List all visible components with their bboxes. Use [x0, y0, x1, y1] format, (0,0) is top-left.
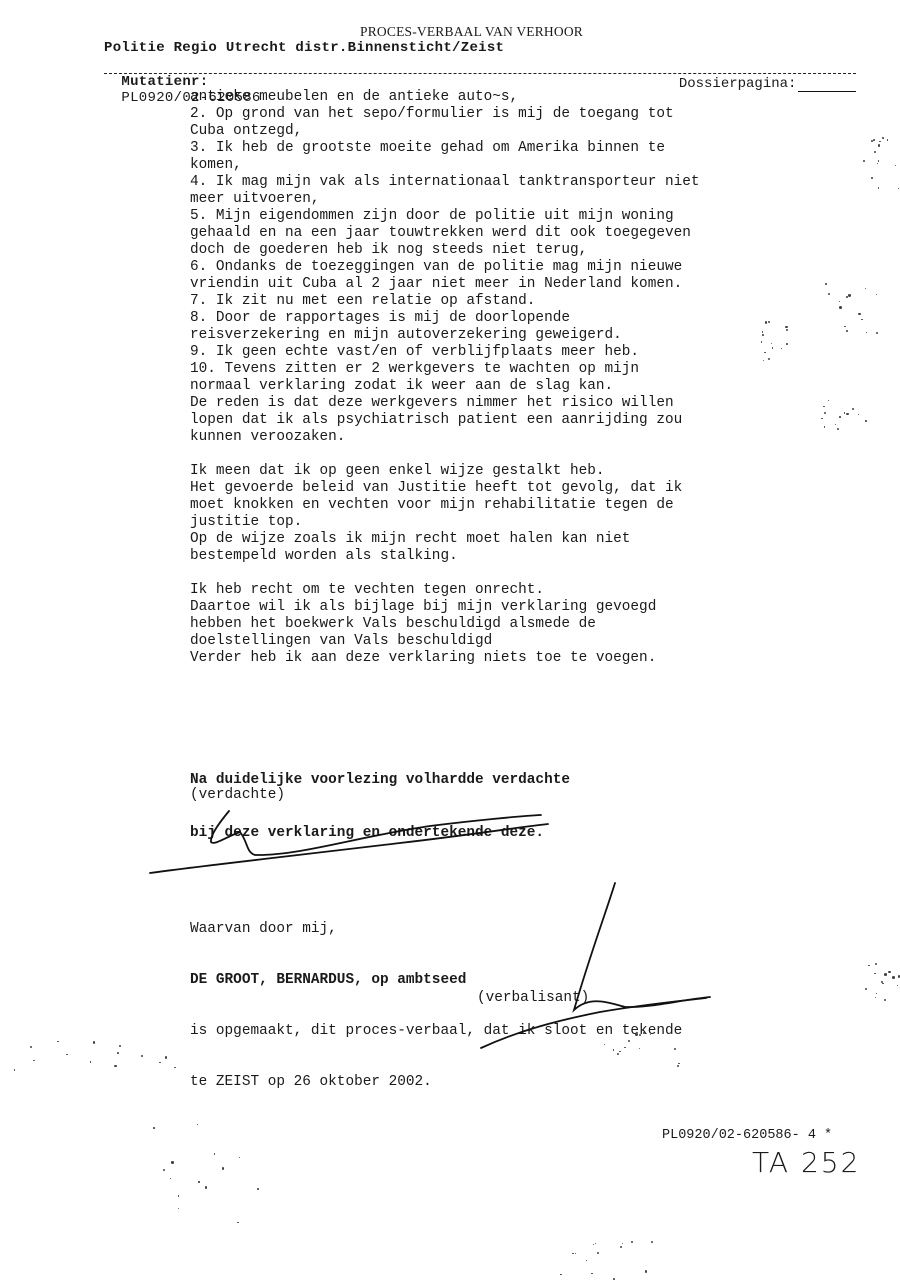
statement-line: meer uitvoeren,	[190, 191, 770, 208]
scan-speck	[14, 1069, 16, 1071]
scan-speck	[875, 963, 877, 965]
scan-speck	[622, 1243, 623, 1244]
scan-speck	[586, 1260, 587, 1261]
scan-speck	[197, 1124, 198, 1125]
closing-line: bij deze verklaring en ondertekende deze…	[190, 824, 570, 841]
scan-speck	[159, 1062, 161, 1064]
scan-speck	[876, 332, 879, 335]
statement-line: 5. Mijn eigendommen zijn door de politie…	[190, 208, 770, 225]
scan-speck	[882, 983, 884, 985]
scan-speck	[678, 1063, 680, 1065]
scan-speck	[178, 1195, 180, 1197]
officer-line: DE GROOT, BERNARDUS, op ambtseed	[190, 972, 682, 989]
scan-speck	[876, 294, 877, 295]
scan-speck	[828, 400, 829, 401]
scan-speck	[876, 993, 877, 994]
scan-speck	[877, 163, 878, 164]
statement-line: Het gevoerde beleid van Justitie heeft t…	[190, 480, 770, 497]
scan-speck	[858, 313, 860, 315]
scan-speck	[861, 319, 863, 321]
scan-speck	[892, 976, 895, 979]
scan-speck	[828, 293, 830, 295]
statement-line: kunnen veroozaken.	[190, 429, 770, 446]
scan-speck	[878, 160, 879, 161]
statement-line: doelstellingen van Vals beschuldigd	[190, 633, 770, 650]
scan-speck	[824, 426, 826, 428]
scan-speck	[839, 306, 842, 309]
scan-speck	[90, 1061, 92, 1063]
scan-speck	[868, 965, 869, 966]
scan-speck	[222, 1167, 224, 1169]
scan-speck	[119, 1045, 122, 1048]
officer-line: is opgemaakt, dit proces-verbaal, dat ik…	[190, 1023, 682, 1040]
scan-speck	[33, 1060, 35, 1062]
statement-line: reisverzekering en mijn autoverzekering …	[190, 327, 770, 344]
scan-speck	[239, 1157, 240, 1158]
statement-line: 10. Tevens zitten er 2 werkgevers te wac…	[190, 361, 770, 378]
scan-speck	[593, 1244, 594, 1245]
statement-line: 2. Op grond van het sepo/formulier is mi…	[190, 106, 770, 123]
statement-line: 3. Ik heb de grootste moeite gehad om Am…	[190, 140, 770, 157]
scan-speck	[170, 1178, 171, 1179]
statement-line: normaal verklaring zodat ik weer aan de …	[190, 378, 770, 395]
scan-speck	[771, 343, 772, 344]
scan-speck	[677, 1065, 679, 1067]
officer-line: te ZEIST op 26 oktober 2002.	[190, 1074, 682, 1091]
scan-speck	[865, 988, 867, 990]
scan-speck	[785, 326, 787, 328]
scan-speck	[874, 151, 876, 153]
scan-speck	[631, 1241, 633, 1243]
statement-line	[190, 565, 770, 582]
scan-speck	[888, 971, 890, 973]
scan-speck	[174, 1067, 176, 1069]
scan-speck	[597, 1252, 599, 1254]
scan-speck	[781, 348, 782, 349]
scan-speck	[772, 347, 773, 348]
suspect-signature-label: (verdachte)	[190, 787, 285, 803]
scan-speck	[66, 1054, 67, 1055]
scan-speck	[114, 1065, 117, 1068]
statement-line: vriendin uit Cuba al 2 jaar niet meer in…	[190, 276, 770, 293]
scan-speck	[846, 330, 848, 332]
scan-speck	[848, 294, 850, 296]
scan-speck	[878, 144, 881, 147]
statement-line: Verder heb ik aan deze verklaring niets …	[190, 650, 770, 667]
scan-speck	[852, 408, 854, 410]
scan-speck	[595, 1243, 596, 1244]
statement-line: Cuba ontzegd,	[190, 123, 770, 140]
scan-speck	[30, 1046, 32, 1048]
scan-speck	[214, 1153, 215, 1154]
scan-speck	[572, 1253, 573, 1254]
handwritten-stamp: TA 252	[752, 1146, 860, 1179]
scan-speck	[786, 329, 788, 331]
statement-line: 8. Door de rapportages is mij de doorlop…	[190, 310, 770, 327]
scan-speck	[205, 1186, 207, 1188]
statement-line: 9. Ik geen echte vast/en of verblijfplaa…	[190, 344, 770, 361]
scan-speck	[825, 283, 827, 285]
scan-speck	[93, 1041, 96, 1044]
statement-line: hebben het boekwerk Vals beschuldigd als…	[190, 616, 770, 633]
statement-line: moet knokken en vechten voor mijn rehabi…	[190, 497, 770, 514]
scan-speck	[237, 1222, 238, 1223]
scan-speck	[839, 301, 840, 302]
scan-speck	[865, 420, 867, 422]
scan-speck	[837, 428, 839, 430]
scan-speck	[858, 414, 859, 415]
scan-speck	[635, 1033, 637, 1035]
statement-line: Ik meen dat ik op geen enkel wijze gesta…	[190, 463, 770, 480]
dossier-page-blank	[798, 77, 856, 92]
scan-speck	[897, 985, 898, 986]
scan-speck	[865, 288, 866, 289]
scan-speck	[863, 160, 865, 162]
scan-speck	[57, 1041, 59, 1043]
statement-line: De reden is dat deze werkgevers nimmer h…	[190, 395, 770, 412]
scan-speck	[866, 332, 867, 333]
officer-line: Waarvan door mij,	[190, 921, 682, 938]
scan-speck	[651, 1241, 653, 1243]
scan-speck	[117, 1052, 119, 1054]
scan-speck	[844, 412, 845, 413]
statement-line: 7. Ik zit nu met een relatie op afstand.	[190, 293, 770, 310]
scan-speck	[835, 424, 836, 425]
statement-line: lopen dat ik als psychiatrisch patient e…	[190, 412, 770, 429]
scan-speck	[875, 997, 876, 998]
scan-speck	[761, 341, 762, 342]
scan-speck	[871, 177, 873, 179]
scan-speck	[884, 999, 886, 1001]
statement-line: 4. Ik mag mijn vak als internationaal ta…	[190, 174, 770, 191]
header-divider	[104, 73, 856, 74]
scan-speck	[878, 187, 879, 188]
police-unit: Politie Regio Utrecht distr.Binnensticht…	[104, 40, 504, 56]
scan-speck	[823, 406, 824, 407]
scan-speck	[873, 139, 875, 141]
scan-speck	[560, 1274, 561, 1275]
scan-speck	[613, 1278, 615, 1280]
statement-line: 6. Ondanks de toezeggingen van de politi…	[190, 259, 770, 276]
scan-speck	[163, 1169, 165, 1171]
scan-speck	[257, 1188, 259, 1190]
statement-line: justitie top.	[190, 514, 770, 531]
statement-body: antieke meubelen en de antieke auto~s,2.…	[190, 89, 770, 667]
scan-speck	[846, 413, 848, 415]
statement-line: doch de goederen heb ik nog steeds niet …	[190, 242, 770, 259]
statement-line: antieke meubelen en de antieke auto~s,	[190, 89, 770, 106]
scan-speck	[786, 343, 788, 345]
officer-signature-label: (verbalisant)	[477, 990, 589, 1006]
scan-speck	[821, 418, 822, 419]
scan-speck	[165, 1056, 167, 1058]
scan-speck	[882, 137, 884, 139]
scan-speck	[874, 973, 875, 974]
scan-speck	[884, 973, 887, 976]
scan-speck	[887, 139, 888, 140]
scan-speck	[844, 326, 846, 328]
scan-speck	[198, 1181, 199, 1182]
scan-speck	[153, 1127, 155, 1129]
closing-line: Na duidelijke voorlezing volhardde verda…	[190, 771, 570, 788]
statement-line: Ik heb recht om te vechten tegen onrecht…	[190, 582, 770, 599]
dossier-page-field: Dossierpagina:	[662, 60, 856, 92]
scan-speck	[895, 165, 896, 166]
scan-speck	[171, 1161, 173, 1163]
statement-line: Daartoe wil ik als bijlage bij mijn verk…	[190, 599, 770, 616]
statement-line	[190, 446, 770, 463]
statement-line: komen,	[190, 157, 770, 174]
scan-speck	[591, 1273, 593, 1275]
statement-line: bestempeld worden als stalking.	[190, 548, 770, 565]
scan-speck	[898, 188, 899, 189]
officer-block: Waarvan door mij, DE GROOT, BERNARDUS, o…	[190, 887, 682, 1108]
scan-speck	[762, 334, 764, 336]
mutation-label: Mutatienr:	[121, 74, 208, 90]
scan-speck	[879, 141, 881, 143]
scan-speck	[645, 1270, 648, 1273]
scan-speck	[846, 296, 848, 298]
scan-speck	[839, 416, 841, 418]
scan-speck	[178, 1208, 180, 1210]
statement-line: Op de wijze zoals ik mijn recht moet hal…	[190, 531, 770, 548]
scan-speck	[620, 1246, 623, 1249]
statement-line: gehaald en na een jaar touwtrekken werd …	[190, 225, 770, 242]
scan-speck	[650, 1034, 651, 1035]
scan-speck	[575, 1253, 576, 1254]
page-reference: PL0920/02-620586- 4 *	[662, 1128, 832, 1143]
scan-speck	[824, 412, 826, 414]
scan-speck	[141, 1055, 143, 1057]
document-title: PROCES-VERBAAL VAN VERHOOR	[360, 24, 583, 40]
